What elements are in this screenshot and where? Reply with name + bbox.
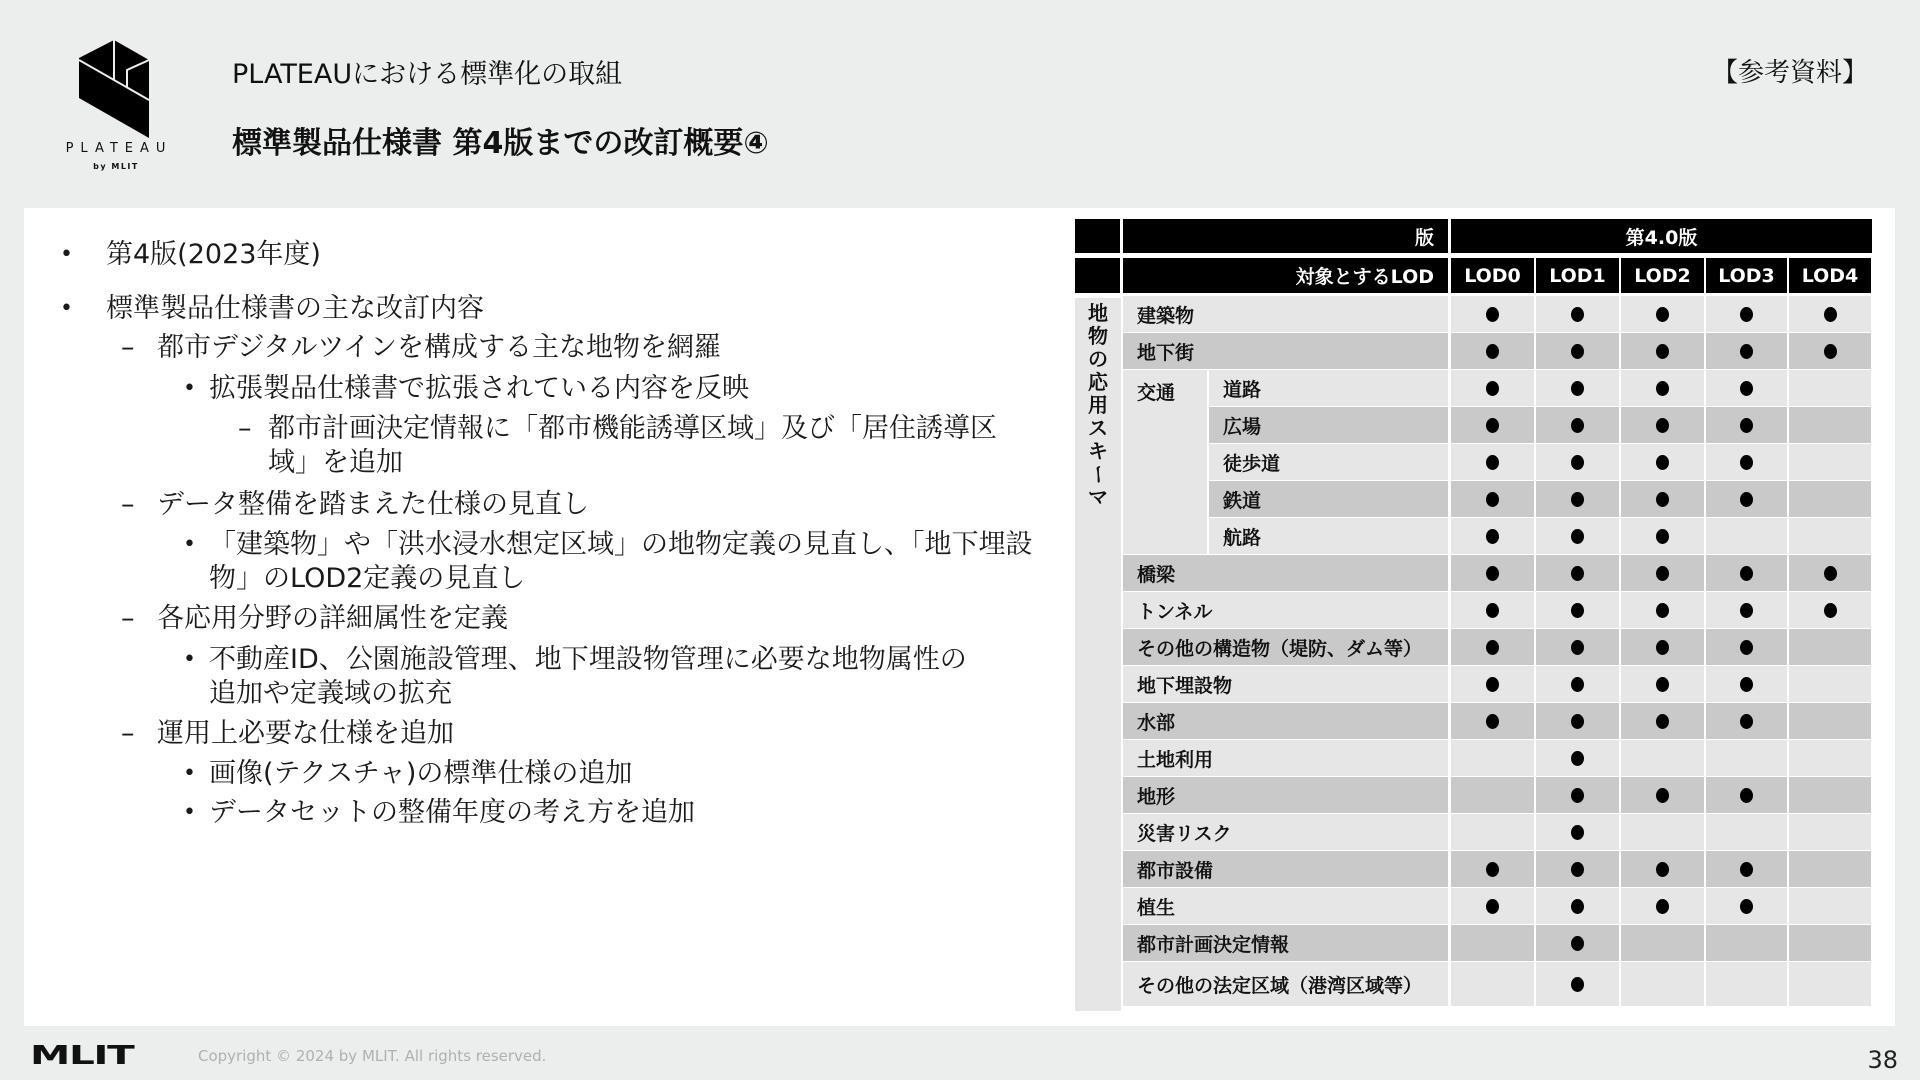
logo-byline: by MLIT: [56, 162, 176, 171]
supported-dot-icon: [1486, 603, 1499, 618]
bullet-marker: –: [121, 488, 135, 522]
supported-dot-icon: [1571, 307, 1584, 322]
supported-dot-icon: [1740, 566, 1753, 581]
row-group-label: 地物の応用スキーマ: [1075, 298, 1121, 1011]
lod-cell: [1621, 962, 1704, 1006]
bullet-text: 各応用分野の詳細属性を定義: [157, 603, 508, 634]
lod-cell: [1621, 370, 1704, 406]
row-group-label-char: ス: [1088, 417, 1108, 440]
supported-dot-icon: [1486, 640, 1499, 655]
supported-dot-icon: [1740, 418, 1753, 433]
row-label: 地下埋設物: [1123, 666, 1448, 702]
lod-cell: [1706, 296, 1787, 332]
supported-dot-icon: [1571, 899, 1584, 914]
supported-dot-icon: [1824, 307, 1837, 322]
lod-cell: [1789, 962, 1871, 1006]
row-label: 広場: [1209, 407, 1448, 443]
row-label: 都市設備: [1123, 851, 1448, 887]
row-label: 災害リスク: [1123, 814, 1448, 850]
bullet-marker: •: [183, 757, 196, 791]
bullet-text: 標準製品仕様書の主な改訂内容: [106, 293, 484, 324]
lod-cell: [1706, 925, 1787, 961]
supported-dot-icon: [1571, 492, 1584, 507]
copyright-text: Copyright © 2024 by MLIT. All rights res…: [198, 1047, 546, 1065]
lod-cell: [1536, 888, 1619, 924]
row-group-label-char: 物: [1088, 325, 1108, 348]
lod-cell: [1706, 962, 1787, 1006]
row-label: その他の構造物（堤防、ダム等）: [1123, 629, 1448, 665]
supported-dot-icon: [1740, 344, 1753, 359]
row-label: 都市計画決定情報: [1123, 925, 1448, 961]
lod-cell: [1451, 703, 1534, 739]
plateau-logo: PLATEAU by MLIT: [56, 40, 176, 175]
lod-cell: [1536, 740, 1619, 776]
lod-column-header: LOD4: [1789, 258, 1871, 293]
lod-cell: [1536, 629, 1619, 665]
lod-cell: [1789, 592, 1871, 628]
lod-cell: [1789, 518, 1871, 554]
lod-cell: [1621, 592, 1704, 628]
supported-dot-icon: [1486, 677, 1499, 692]
lod-cell: [1706, 481, 1787, 517]
lod-cell: [1536, 592, 1619, 628]
supported-dot-icon: [1740, 862, 1753, 877]
lod-cell: [1451, 407, 1534, 443]
supported-dot-icon: [1656, 640, 1669, 655]
lod-cell: [1451, 481, 1534, 517]
lod-cell: [1706, 555, 1787, 591]
lod-cell: [1536, 407, 1619, 443]
row-group-label-char: ー: [1087, 465, 1110, 485]
bullet-text-cont: 域」を追加: [268, 447, 403, 478]
lod-cell: [1451, 888, 1534, 924]
supported-dot-icon: [1824, 344, 1837, 359]
row-label: 建築物: [1123, 296, 1448, 332]
section-title: PLATEAUにおける標準化の取組: [232, 52, 622, 91]
lod-cell: [1451, 333, 1534, 369]
mlit-logo: MLIT: [30, 1041, 133, 1071]
bullet-text: 画像(テクスチャ)の標準仕様の追加: [209, 758, 632, 789]
supported-dot-icon: [1571, 418, 1584, 433]
lod-cell: [1451, 666, 1534, 702]
lod-label-cell: 対象とするLOD: [1123, 258, 1448, 293]
lod-cell: [1536, 555, 1619, 591]
supported-dot-icon: [1571, 751, 1584, 766]
supported-dot-icon: [1824, 603, 1837, 618]
supported-dot-icon: [1740, 899, 1753, 914]
row-group-label-char: マ: [1088, 486, 1108, 509]
lod-cell: [1621, 333, 1704, 369]
lod-cell: [1621, 703, 1704, 739]
supported-dot-icon: [1740, 677, 1753, 692]
bullet-item: • 画像(テクスチャ)の標準仕様の追加: [209, 757, 632, 791]
bullet-text: 第4版(2023年度): [106, 239, 321, 270]
bullet-item: • 標準製品仕様書の主な改訂内容: [106, 292, 484, 326]
lod-cell: [1621, 666, 1704, 702]
lod-cell: [1706, 814, 1787, 850]
row-group-transport: 交通: [1123, 370, 1207, 554]
lod-cell: [1451, 925, 1534, 961]
lod-cell: [1706, 666, 1787, 702]
bullet-text-cont: 物」のLOD2定義の見直し: [209, 563, 525, 594]
supported-dot-icon: [1571, 825, 1584, 840]
lod-cell: [1789, 703, 1871, 739]
lod-cell: [1789, 814, 1871, 850]
lod-cell: [1706, 703, 1787, 739]
supported-dot-icon: [1571, 566, 1584, 581]
bullet-text: 拡張製品仕様書で拡張されている内容を反映: [209, 373, 749, 404]
lod-cell: [1451, 814, 1534, 850]
supported-dot-icon: [1656, 455, 1669, 470]
supported-dot-icon: [1571, 344, 1584, 359]
supported-dot-icon: [1486, 714, 1499, 729]
lod-cell: [1789, 925, 1871, 961]
row-label: 地形: [1123, 777, 1448, 813]
bullet-text-cont: 追加や定義域の拡充: [209, 678, 452, 709]
supported-dot-icon: [1486, 418, 1499, 433]
lod-cell: [1621, 518, 1704, 554]
logo-wordmark: PLATEAU: [56, 141, 176, 156]
supported-dot-icon: [1486, 381, 1499, 396]
page-title: 標準製品仕様書 第4版までの改訂概要④: [232, 118, 769, 162]
lod-cell: [1706, 333, 1787, 369]
lod-cell: [1536, 777, 1619, 813]
bullet-marker: •: [60, 292, 73, 326]
lod-cell: [1789, 370, 1871, 406]
bullet-text: データ整備を踏まえた仕様の見直し: [157, 489, 589, 520]
lod-cell: [1536, 333, 1619, 369]
lod-cell: [1789, 888, 1871, 924]
bullet-marker: –: [121, 717, 135, 751]
row-label: 道路: [1209, 370, 1448, 406]
lod-cell: [1536, 370, 1619, 406]
lod-cell: [1706, 444, 1787, 480]
supported-dot-icon: [1656, 418, 1669, 433]
lod-cell: [1621, 629, 1704, 665]
bullet-item: – 運用上必要な仕様を追加: [157, 717, 454, 751]
lod-cell: [1621, 296, 1704, 332]
lod-cell: [1621, 740, 1704, 776]
lod-cell: [1451, 296, 1534, 332]
supported-dot-icon: [1486, 455, 1499, 470]
lod-cell: [1706, 518, 1787, 554]
lod-cell: [1451, 851, 1534, 887]
lod-column-header: LOD0: [1451, 258, 1534, 293]
lod-cell: [1536, 703, 1619, 739]
bullet-marker: •: [183, 528, 196, 562]
lod-cell: [1536, 296, 1619, 332]
lod-cell: [1536, 666, 1619, 702]
lod-cell: [1621, 555, 1704, 591]
lod-cell: [1536, 962, 1619, 1006]
row-group-label-char: 応: [1088, 371, 1108, 394]
row-group-label-char: の: [1088, 348, 1108, 371]
lod-cell: [1536, 925, 1619, 961]
lod-cell: [1621, 444, 1704, 480]
row-label: 航路: [1209, 518, 1448, 554]
lod-cell: [1706, 592, 1787, 628]
supported-dot-icon: [1740, 603, 1753, 618]
lod-cell: [1536, 518, 1619, 554]
supported-dot-icon: [1571, 936, 1584, 951]
lod-cell: [1451, 592, 1534, 628]
lod-column-header: LOD1: [1536, 258, 1619, 293]
lod-cell: [1621, 851, 1704, 887]
lod-cell: [1789, 740, 1871, 776]
lod-cell: [1451, 962, 1534, 1006]
bullet-text: 不動産ID、公園施設管理、地下埋設物管理に必要な地物属性の: [209, 644, 967, 675]
lod-cell: [1621, 814, 1704, 850]
supported-dot-icon: [1656, 344, 1669, 359]
lod-cell: [1706, 370, 1787, 406]
supported-dot-icon: [1740, 788, 1753, 803]
page-number: 38: [1867, 1046, 1898, 1074]
supported-dot-icon: [1656, 307, 1669, 322]
lod-cell: [1789, 481, 1871, 517]
row-group-label-char: 用: [1088, 394, 1108, 417]
header-corner-cell: [1075, 219, 1120, 253]
row-label: その他の法定区域（港湾区域等）: [1123, 962, 1448, 1006]
lod-cell: [1536, 444, 1619, 480]
supported-dot-icon: [1571, 640, 1584, 655]
lod-cell: [1789, 296, 1871, 332]
row-label: 水部: [1123, 703, 1448, 739]
lod-cell: [1706, 777, 1787, 813]
version-label-cell: 版: [1123, 219, 1448, 253]
row-label: 鉄道: [1209, 481, 1448, 517]
supported-dot-icon: [1486, 899, 1499, 914]
lod-cell: [1621, 888, 1704, 924]
supported-dot-icon: [1740, 492, 1753, 507]
bullet-marker: •: [183, 796, 196, 830]
lod-cell: [1706, 407, 1787, 443]
supported-dot-icon: [1486, 344, 1499, 359]
lod-cell: [1789, 666, 1871, 702]
row-label: 橋梁: [1123, 555, 1448, 591]
bullet-item: – データ整備を踏まえた仕様の見直し: [157, 488, 589, 522]
bullet-text: 運用上必要な仕様を追加: [157, 718, 454, 749]
lod-cell: [1789, 851, 1871, 887]
lod-cell: [1536, 851, 1619, 887]
supported-dot-icon: [1571, 714, 1584, 729]
supported-dot-icon: [1486, 566, 1499, 581]
bullet-marker: –: [121, 331, 135, 365]
lod-cell: [1536, 481, 1619, 517]
supported-dot-icon: [1656, 714, 1669, 729]
bullet-text: 「建築物」や「洪水浸水想定区域」の地物定義の見直し、「地下埋設: [209, 529, 1033, 560]
bullet-marker: –: [238, 412, 252, 446]
plateau-logo-icon: [79, 40, 149, 138]
supported-dot-icon: [1656, 677, 1669, 692]
bullet-item: • 「建築物」や「洪水浸水想定区域」の地物定義の見直し、「地下埋設 物」のLOD…: [209, 528, 1033, 596]
supported-dot-icon: [1656, 788, 1669, 803]
lod-cell: [1621, 925, 1704, 961]
lod-cell: [1706, 629, 1787, 665]
supported-dot-icon: [1571, 677, 1584, 692]
lod-cell: [1621, 481, 1704, 517]
lod-cell: [1789, 407, 1871, 443]
header-corner-cell: [1075, 258, 1120, 293]
bullet-item: • 拡張製品仕様書で拡張されている内容を反映: [209, 372, 749, 406]
bullet-marker: •: [183, 372, 196, 406]
supported-dot-icon: [1486, 862, 1499, 877]
row-label: 徒歩道: [1209, 444, 1448, 480]
lod-cell: [1451, 444, 1534, 480]
supported-dot-icon: [1656, 603, 1669, 618]
supported-dot-icon: [1571, 381, 1584, 396]
lod-cell: [1451, 740, 1534, 776]
lod-cell: [1789, 333, 1871, 369]
row-group-label-char: キ: [1088, 440, 1108, 463]
supported-dot-icon: [1486, 307, 1499, 322]
supported-dot-icon: [1740, 714, 1753, 729]
supported-dot-icon: [1571, 862, 1584, 877]
row-label: 土地利用: [1123, 740, 1448, 776]
supported-dot-icon: [1656, 381, 1669, 396]
lod-cell: [1451, 777, 1534, 813]
lod-cell: [1789, 444, 1871, 480]
lod-cell: [1789, 629, 1871, 665]
lod-cell: [1451, 518, 1534, 554]
supported-dot-icon: [1656, 529, 1669, 544]
lod-cell: [1536, 814, 1619, 850]
bullet-item: – 各応用分野の詳細属性を定義: [157, 602, 508, 636]
lod-cell: [1789, 777, 1871, 813]
supported-dot-icon: [1486, 529, 1499, 544]
supported-dot-icon: [1740, 640, 1753, 655]
row-label: 植生: [1123, 888, 1448, 924]
version-value-cell: 第4.0版: [1451, 219, 1872, 253]
supported-dot-icon: [1656, 899, 1669, 914]
bullet-item: – 都市計画決定情報に「都市機能誘導区域」及び「居住誘導区 域」を追加: [268, 412, 997, 480]
lod-cell: [1451, 555, 1534, 591]
bullet-item: • 不動産ID、公園施設管理、地下埋設物管理に必要な地物属性の 追加や定義域の拡…: [209, 643, 967, 711]
bullet-marker: –: [121, 602, 135, 636]
lod-column-header: LOD2: [1621, 258, 1704, 293]
row-label: 地下街: [1123, 333, 1448, 369]
lod-cell: [1706, 740, 1787, 776]
supported-dot-icon: [1656, 862, 1669, 877]
bullet-item: • 第4版(2023年度): [106, 238, 321, 272]
supported-dot-icon: [1740, 307, 1753, 322]
lod-cell: [1789, 555, 1871, 591]
lod-cell: [1706, 888, 1787, 924]
supported-dot-icon: [1486, 492, 1499, 507]
lod-cell: [1706, 851, 1787, 887]
supported-dot-icon: [1571, 603, 1584, 618]
row-label: トンネル: [1123, 592, 1448, 628]
supported-dot-icon: [1571, 455, 1584, 470]
lod-cell: [1621, 777, 1704, 813]
supported-dot-icon: [1571, 529, 1584, 544]
bullet-text: データセットの整備年度の考え方を追加: [209, 797, 695, 828]
lod-column-header: LOD3: [1706, 258, 1787, 293]
reference-tag: 【参考資料】: [1712, 52, 1868, 89]
supported-dot-icon: [1740, 381, 1753, 396]
bullet-item: – 都市デジタルツインを構成する主な地物を網羅: [157, 331, 721, 365]
supported-dot-icon: [1824, 566, 1837, 581]
lod-cell: [1451, 629, 1534, 665]
bullet-text: 都市計画決定情報に「都市機能誘導区域」及び「居住誘導区: [268, 413, 997, 444]
row-group-label-char: 地: [1088, 302, 1108, 325]
supported-dot-icon: [1571, 977, 1584, 992]
supported-dot-icon: [1571, 788, 1584, 803]
bullet-marker: •: [183, 643, 196, 677]
bullet-item: • データセットの整備年度の考え方を追加: [209, 796, 695, 830]
supported-dot-icon: [1656, 492, 1669, 507]
lod-cell: [1451, 370, 1534, 406]
bullet-marker: •: [60, 238, 73, 272]
supported-dot-icon: [1740, 455, 1753, 470]
lod-cell: [1621, 407, 1704, 443]
supported-dot-icon: [1656, 566, 1669, 581]
bullet-text: 都市デジタルツインを構成する主な地物を網羅: [157, 332, 721, 363]
